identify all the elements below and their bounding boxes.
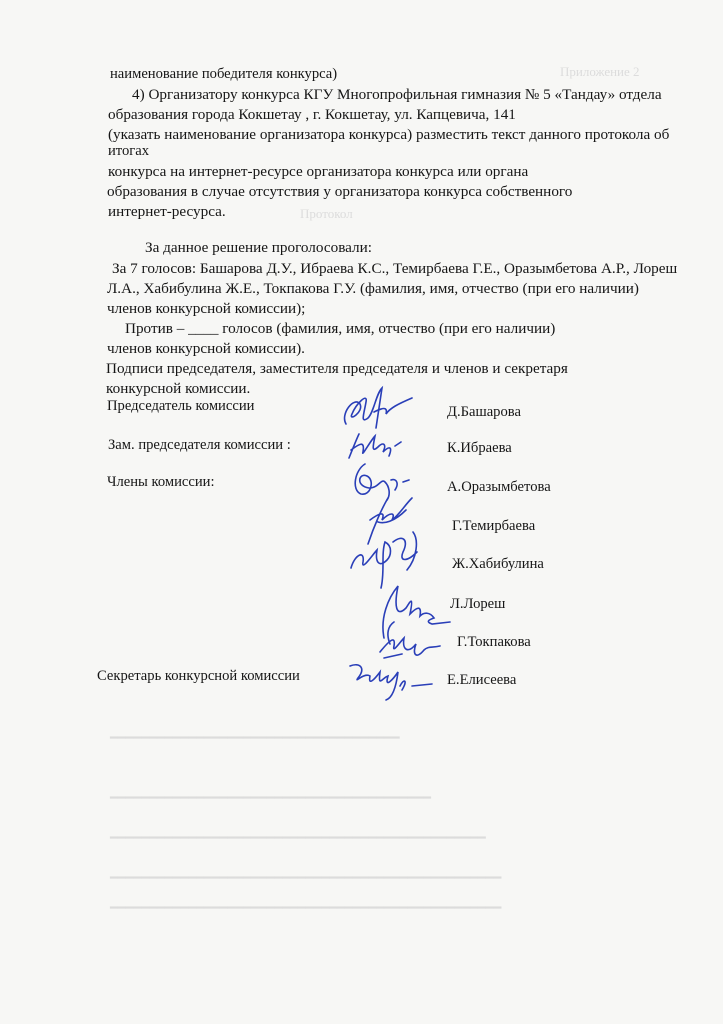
bleed-through-text: ━━━━━━━━━━━━━━━━━━━━━━━━━━━━━━━━━━━━━━━━… <box>110 830 486 846</box>
chair-name: Д.Башарова <box>447 404 521 421</box>
text-line: (указать наименование организатора конку… <box>108 126 669 143</box>
text-line: образования города Кокшетау , г. Кокшета… <box>108 106 516 123</box>
member-name: Ж.Хабибулина <box>452 556 544 573</box>
secretary-label: Секретарь конкурсной комиссии <box>97 668 300 685</box>
text-line: Против – ____ голосов (фамилия, имя, отч… <box>125 320 555 337</box>
text-line: 4) Организатору конкурса КГУ Многопрофил… <box>132 86 662 103</box>
text-line: За данное решение проголосовали: <box>145 239 372 256</box>
signature-secretary <box>340 658 440 707</box>
text-line: итогах <box>108 143 149 160</box>
member-name: Г.Темирбаева <box>452 518 535 535</box>
text-line: интернет-ресурса. <box>108 203 226 220</box>
scanned-document-page: Приложение 2 Протокол ━━━━━━━━━━━━━━━━━━… <box>0 0 723 1024</box>
bleed-through-text: ━━━━━━━━━━━━━━━━━━━━━━━━━━━━━━━━━━━━━━━━… <box>110 870 501 886</box>
bleed-through-text: Протокол <box>300 206 353 222</box>
deputy-label: Зам. председателя комиссии : <box>108 437 291 454</box>
member-name: Г.Токпакова <box>457 634 531 651</box>
members-label: Члены комиссии: <box>107 474 215 491</box>
text-line: конкурса на интернет-ресурсе организатор… <box>108 163 528 180</box>
text-line: наименование победителя конкурса) <box>110 66 337 83</box>
bleed-through-text: ━━━━━━━━━━━━━━━━━━━━━━━━━━━━━━━━━━━━━ <box>110 730 400 746</box>
text-line: членов конкурсной комиссии); <box>107 300 305 317</box>
text-line: образования в случае отсутствия у органи… <box>107 183 572 200</box>
bleed-through-text: ━━━━━━━━━━━━━━━━━━━━━━━━━━━━━━━━━━━━━━━━… <box>110 790 431 806</box>
bleed-through-text: Приложение 2 <box>560 64 640 80</box>
bleed-through-text: ━━━━━━━━━━━━━━━━━━━━━━━━━━━━━━━━━━━━━━━━… <box>110 900 501 916</box>
text-line: членов конкурсной комиссии). <box>107 340 305 357</box>
text-line: Л.А., Хабибулина Ж.Е., Токпакова Г.У. (ф… <box>107 280 639 297</box>
text-line: За 7 голосов: Башарова Д.У., Ибраева К.С… <box>112 260 677 277</box>
deputy-name: К.Ибраева <box>447 440 512 457</box>
member-name: А.Оразымбетова <box>447 479 551 496</box>
chair-label: Председатель комиссии <box>107 398 254 415</box>
text-line: конкурсной комиссии. <box>106 380 250 397</box>
text-line: Подписи председателя, заместителя предсе… <box>106 360 568 377</box>
secretary-name: Е.Елисеева <box>447 672 516 689</box>
